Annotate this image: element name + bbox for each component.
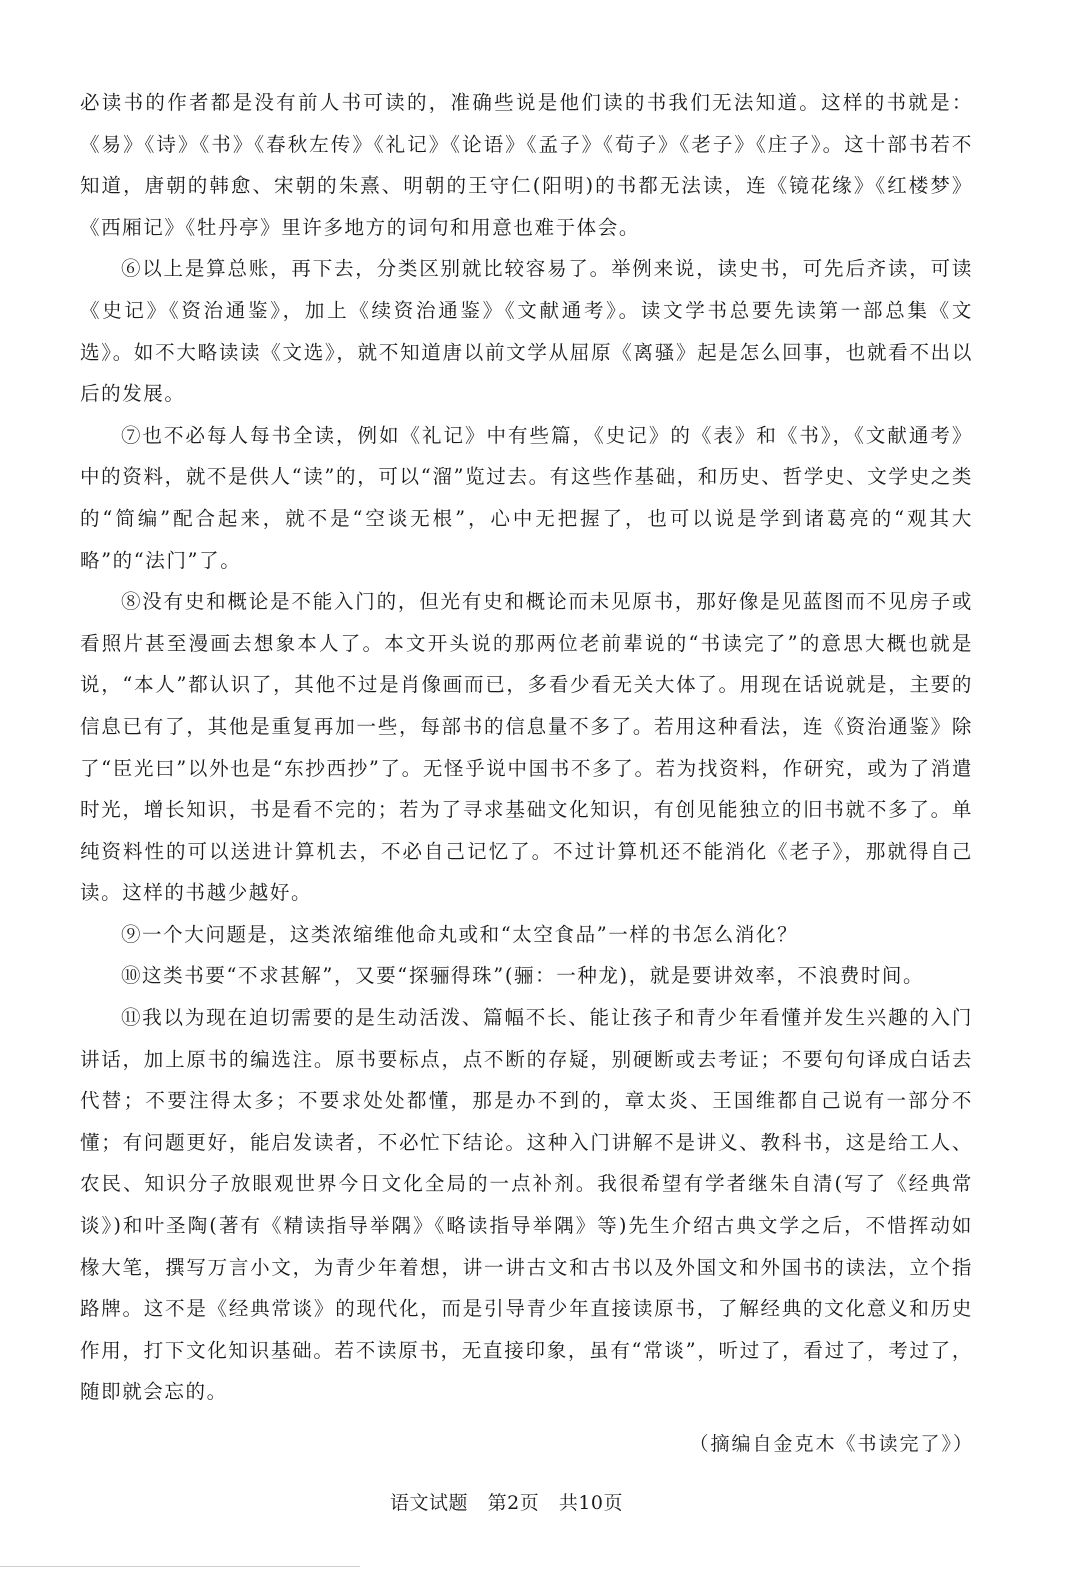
scan-edge-divider <box>0 1566 360 1567</box>
source-citation: （摘编自金克木《书读完了》） <box>689 1429 974 1459</box>
paragraph-7: ⑦也不必每人每书全读，例如《礼记》中有些篇，《史记》的《表》和《书》，《文献通考… <box>80 415 973 581</box>
article-body: 必读书的作者都是没有前人书可读的，准确些说是他们读的书我们无法知道。这样的书就是… <box>80 82 973 1413</box>
page-footer: 语文试题 第2页 共10页 <box>390 1488 623 1518</box>
paragraph-continuation: 必读书的作者都是没有前人书可读的，准确些说是他们读的书我们无法知道。这样的书就是… <box>80 82 973 248</box>
paragraph-6: ⑥以上是算总账，再下去，分类区别就比较容易了。举例来说，读史书，可先后齐读，可读… <box>80 248 973 414</box>
paragraph-11: ⑪我以为现在迫切需要的是生动活泼、篇幅不长、能让孩子和青少年看懂并发生兴趣的入门… <box>80 997 973 1413</box>
paragraph-8: ⑧没有史和概论是不能入门的，但光有史和概论而未见原书，那好像是见蓝图而不见房子或… <box>80 581 973 914</box>
paragraph-9: ⑨一个大问题是，这类浓缩维他命丸或和“太空食品”一样的书怎么消化？ <box>80 914 973 956</box>
paragraph-10: ⑩这类书要“不求甚解”，又要“探骊得珠”(骊：一种龙)，就是要讲效率，不浪费时间… <box>80 955 973 997</box>
